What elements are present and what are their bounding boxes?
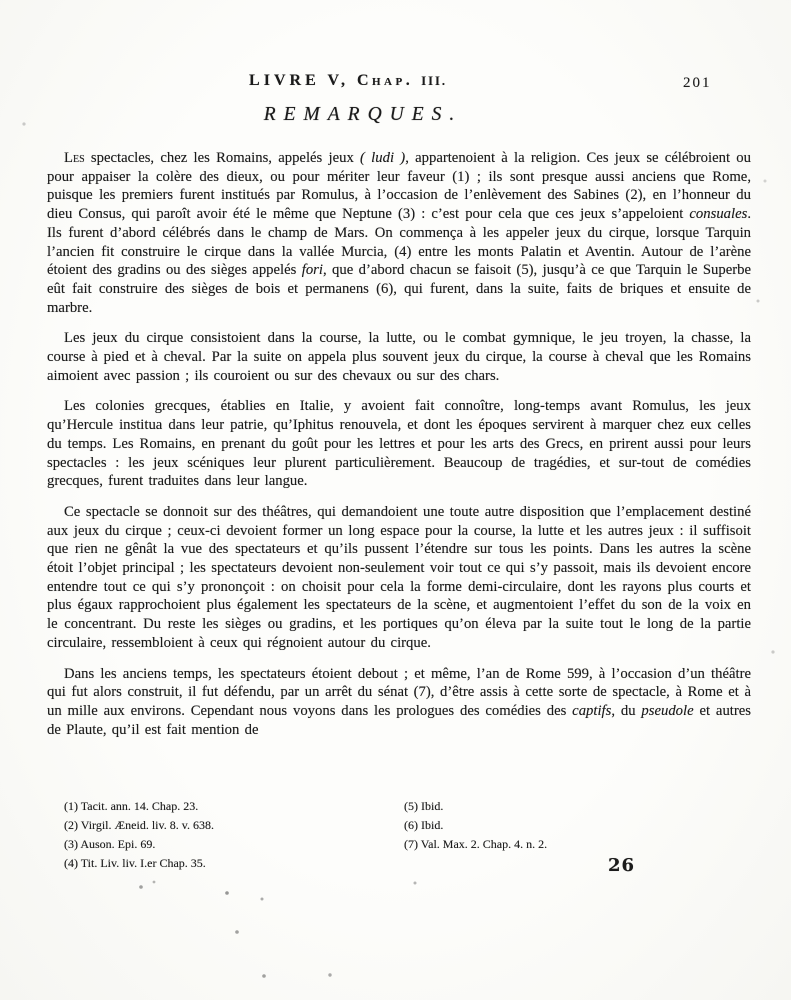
body-text: Les spectacles, chez les Romains, appelé…: [47, 149, 751, 739]
paragraph-3: Les colonies grecques, établies en Itali…: [47, 397, 751, 491]
footnote-6: (6) Ibid.: [404, 816, 736, 834]
footnotes-right-column: (5) Ibid. (6) Ibid. (7) Val. Max. 2. Cha…: [404, 797, 736, 854]
paragraph-2: Les jeux du cirque consistoient dans la …: [47, 329, 751, 385]
chapter-title: LIVRE V, Chap. III.: [249, 72, 447, 90]
paragraph-5: Dans les anciens temps, les spectateurs …: [47, 665, 751, 740]
footnote-3: (3) Auson. Epi. 69.: [64, 835, 404, 853]
footnote-1: (1) Tacit. ann. 14. Chap. 23.: [64, 797, 404, 815]
chapter-number: III.: [421, 74, 447, 88]
footnote-7: (7) Val. Max. 2. Chap. 4. n. 2.: [404, 835, 736, 853]
paragraph-1: Les spectacles, chez les Romains, appelé…: [47, 149, 751, 317]
running-head: LIVRE V, Chap. III. 201: [0, 72, 791, 96]
book-title: LIVRE V,: [249, 72, 349, 89]
book-page: LIVRE V, Chap. III. 201 REMARQUES. Les s…: [0, 0, 791, 1000]
chapter-label: Chap.: [357, 72, 413, 89]
footnotes-left-column: (1) Tacit. ann. 14. Chap. 23. (2) Virgil…: [64, 797, 404, 873]
page-number: 201: [683, 75, 712, 92]
footnote-4: (4) Tit. Liv. liv. I.er Chap. 35.: [64, 854, 404, 872]
section-heading: REMARQUES.: [264, 104, 463, 126]
footnotes: (1) Tacit. ann. 14. Chap. 23. (2) Virgil…: [64, 797, 736, 873]
paragraph-4: Ce spectacle se donnoit sur des théâtres…: [47, 503, 751, 653]
signature-mark: 26: [608, 855, 635, 876]
footnote-2: (2) Virgil. Æneid. liv. 8. v. 638.: [64, 816, 404, 834]
scan-speckles: [0, 0, 2, 2]
footnote-5: (5) Ibid.: [404, 797, 736, 815]
